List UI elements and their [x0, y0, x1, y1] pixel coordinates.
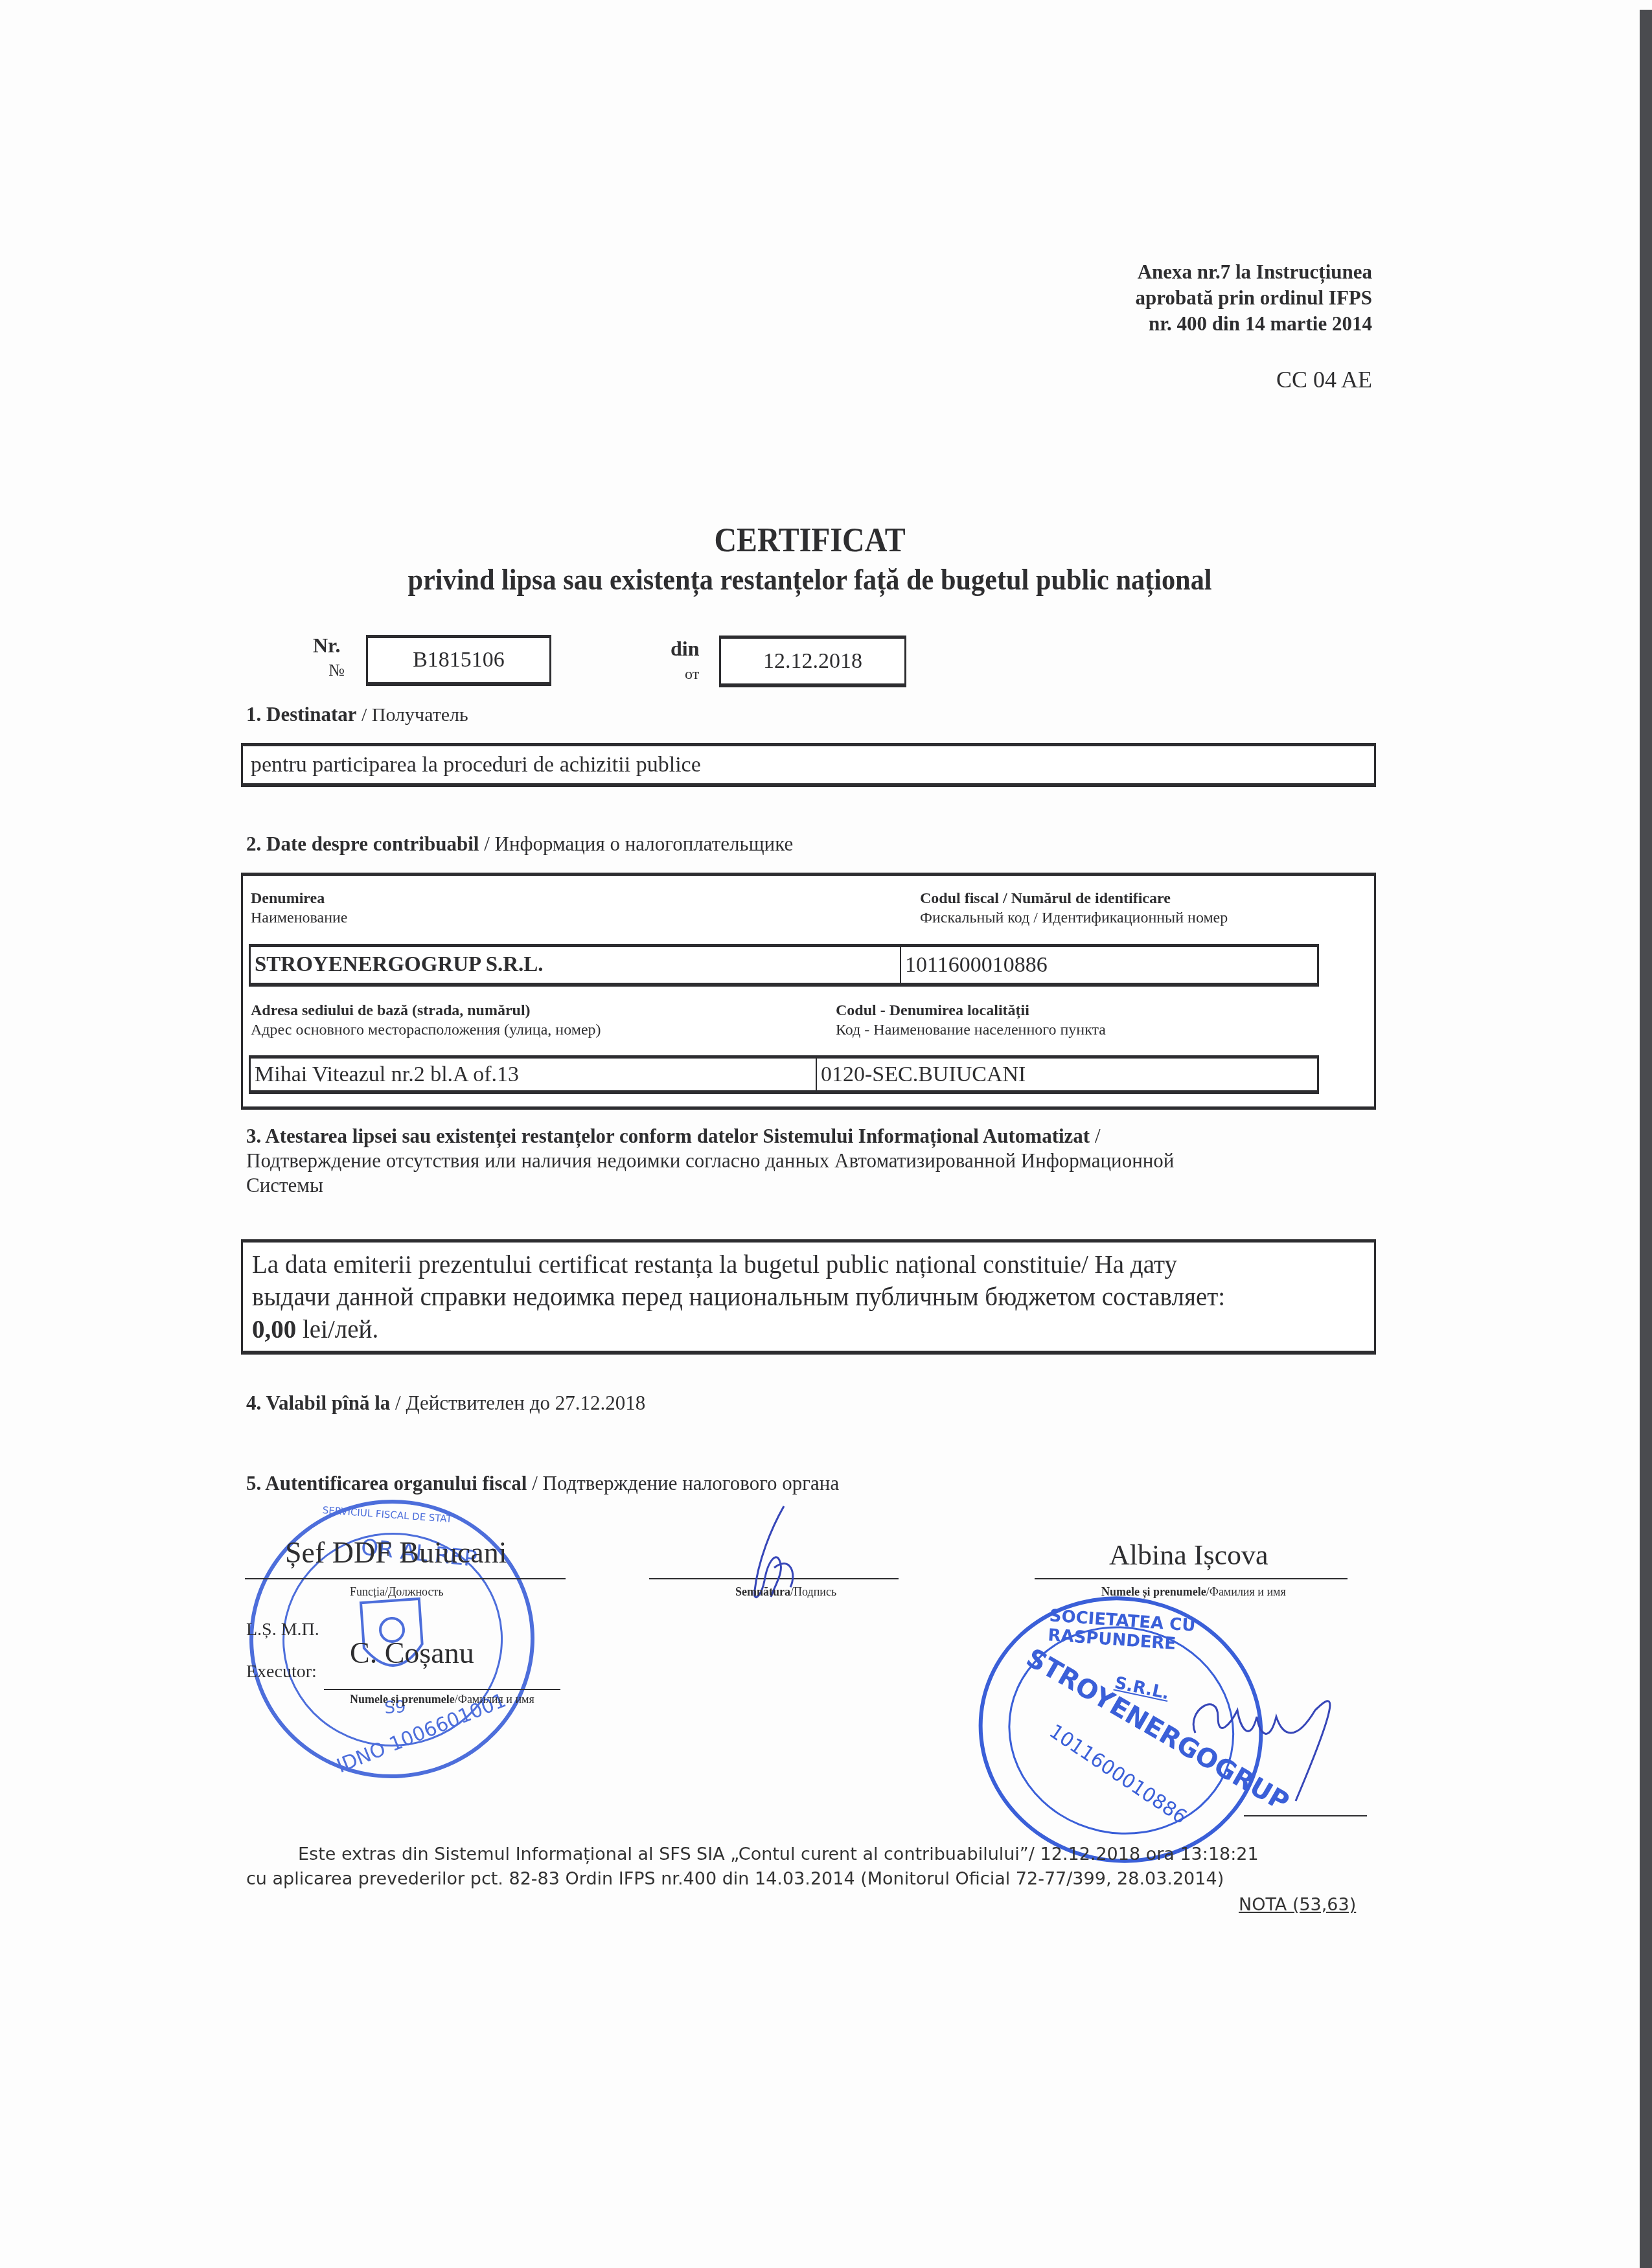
fiscal-code-field: 1011600010886 — [900, 944, 1319, 987]
annex-line: aprobată prin ordinul IFPS — [1136, 285, 1373, 311]
separator: / — [1090, 1125, 1100, 1147]
director-signature-line — [1244, 1815, 1367, 1816]
destinatar-box: pentru participarea la proceduri de achi… — [241, 743, 1376, 787]
certificate-date: 12.12.2018 — [763, 649, 862, 674]
address-field: Mihai Viteazul nr.2 bl.A of.13 — [249, 1055, 817, 1094]
valid-until: / Действителен до 27.12.2018 — [390, 1392, 645, 1414]
section-3-label: 3. Atestarea lipsei sau existenței resta… — [246, 1125, 1090, 1147]
document-title: CERTIFICAT — [65, 521, 1555, 560]
locality-caption: Codul - Denumirea localității — [836, 1002, 1029, 1020]
taxpayer-info-box: Denumirea Наименование Codul fiscal / Nu… — [241, 873, 1376, 1110]
position-line — [245, 1578, 566, 1579]
position-value: Șef DDF Buiucani — [285, 1535, 507, 1570]
signer-line — [1035, 1578, 1348, 1579]
director-signature — [1179, 1684, 1425, 1814]
section-2-heading: 2. Date despre contribuabil / Информация… — [246, 832, 793, 856]
destinatar-value: pentru participarea la proceduri de achi… — [251, 753, 701, 777]
locality-value: 0120-SEC.BUIUCANI — [821, 1062, 1026, 1087]
company-name-field: STROYENERGOGRUP S.R.L. — [249, 944, 901, 987]
signer-name: Albina Ișcova — [1109, 1539, 1268, 1572]
scan-edge-shadow — [1640, 10, 1652, 2268]
executor-line — [324, 1689, 560, 1690]
ls-label: L.Ș. М.П. — [246, 1620, 319, 1640]
stamp-outer-text: SERVICIUL FISCAL DE STAT — [322, 1504, 452, 1525]
section-5-heading: 5. Autentificarea organului fiscal / Под… — [246, 1472, 839, 1495]
position-caption: Funcția/Должность — [350, 1585, 444, 1599]
footer-line-1: Este extras din Sistemul Informațional a… — [298, 1844, 1259, 1864]
official-signature — [745, 1503, 810, 1632]
arrears-statement-box: La data emiterii prezentului certificat … — [241, 1239, 1376, 1355]
address-caption: Adresa sediului de bază (strada, numărul… — [251, 1002, 531, 1020]
address-caption-ru: Адрес основного месторасположения (улица… — [251, 1022, 601, 1039]
statement-line-2: выдачи данной справки недоимка перед нац… — [252, 1281, 1365, 1314]
section-2-label: 2. Date despre contribuabil — [246, 832, 479, 855]
currency: lei/лей. — [296, 1316, 378, 1344]
nota-link[interactable]: NOTA (53,63) — [1239, 1895, 1356, 1915]
section-3-label-ru-2: Системы — [246, 1173, 1386, 1198]
fiscal-code-caption: Codul fiscal / Numărul de identificare — [920, 890, 1171, 908]
section-2-label-ru: / Информация о налогоплательщике — [479, 832, 793, 855]
section-3-heading: 3. Atestarea lipsei sau existenței resta… — [246, 1124, 1386, 1198]
company-name: STROYENERGOGRUP S.R.L. — [255, 953, 544, 977]
locality-caption-ru: Код - Наименование населенного пункта — [836, 1022, 1106, 1039]
section-4-label: 4. Valabil pînă la — [246, 1392, 390, 1414]
executor-name: C. Coșanu — [350, 1636, 474, 1670]
certificate-number: B1815106 — [413, 648, 505, 672]
section-5-label: 5. Autentificarea organului fiscal — [246, 1472, 527, 1495]
form-code: CC 04 AE — [1276, 366, 1372, 393]
executor-label: Executor: — [246, 1662, 317, 1682]
section-1-label-ru: / Получатель — [356, 704, 468, 726]
section-4-heading: 4. Valabil pînă la / Действителен до 27.… — [246, 1392, 645, 1415]
fiscal-code: 1011600010886 — [905, 953, 1048, 978]
document-subtitle: privind lipsa sau existența restanțelor … — [65, 562, 1555, 597]
section-1-label: 1. Destinatar — [246, 703, 356, 726]
annex-line: Anexa nr.7 la Instrucțiunea — [1136, 259, 1373, 285]
date-label-ru: от — [685, 666, 699, 683]
annex-reference: Anexa nr.7 la Instrucțiunea aprobată pri… — [1136, 259, 1373, 337]
arrears-amount: 0,00 — [252, 1316, 296, 1344]
fiscal-code-caption-ru: Фискальный код / Идентификационный номер — [920, 910, 1228, 927]
section-1-heading: 1. Destinatar / Получатель — [246, 703, 468, 726]
locality-field: 0120-SEC.BUIUCANI — [816, 1055, 1319, 1094]
annex-line: nr. 400 din 14 martie 2014 — [1136, 311, 1373, 337]
section-3-label-ru-1: Подтверждение отсутствия или наличия нед… — [246, 1149, 1386, 1173]
section-5-label-ru: / Подтверждение налогового органа — [527, 1472, 839, 1495]
signature-caption: Semnătura/Подпись — [735, 1585, 836, 1599]
number-label: Nr. — [313, 634, 340, 658]
certificate-date-box: 12.12.2018 — [719, 636, 906, 687]
number-label-ru: № — [328, 661, 345, 680]
address-value: Mihai Viteazul nr.2 bl.A of.13 — [255, 1062, 519, 1087]
certificate-number-box: B1815106 — [366, 635, 551, 686]
name-caption-ru: Наименование — [251, 910, 348, 927]
date-label: din — [671, 637, 699, 661]
executor-caption: Numele și prenumele/Фамилия и имя — [350, 1693, 534, 1706]
name-caption: Denumirea — [251, 890, 325, 908]
statement-line-1: La data emiterii prezentului certificat … — [252, 1249, 1365, 1281]
footer-line-2: cu aplicarea prevederilor pct. 82-83 Ord… — [246, 1869, 1224, 1889]
